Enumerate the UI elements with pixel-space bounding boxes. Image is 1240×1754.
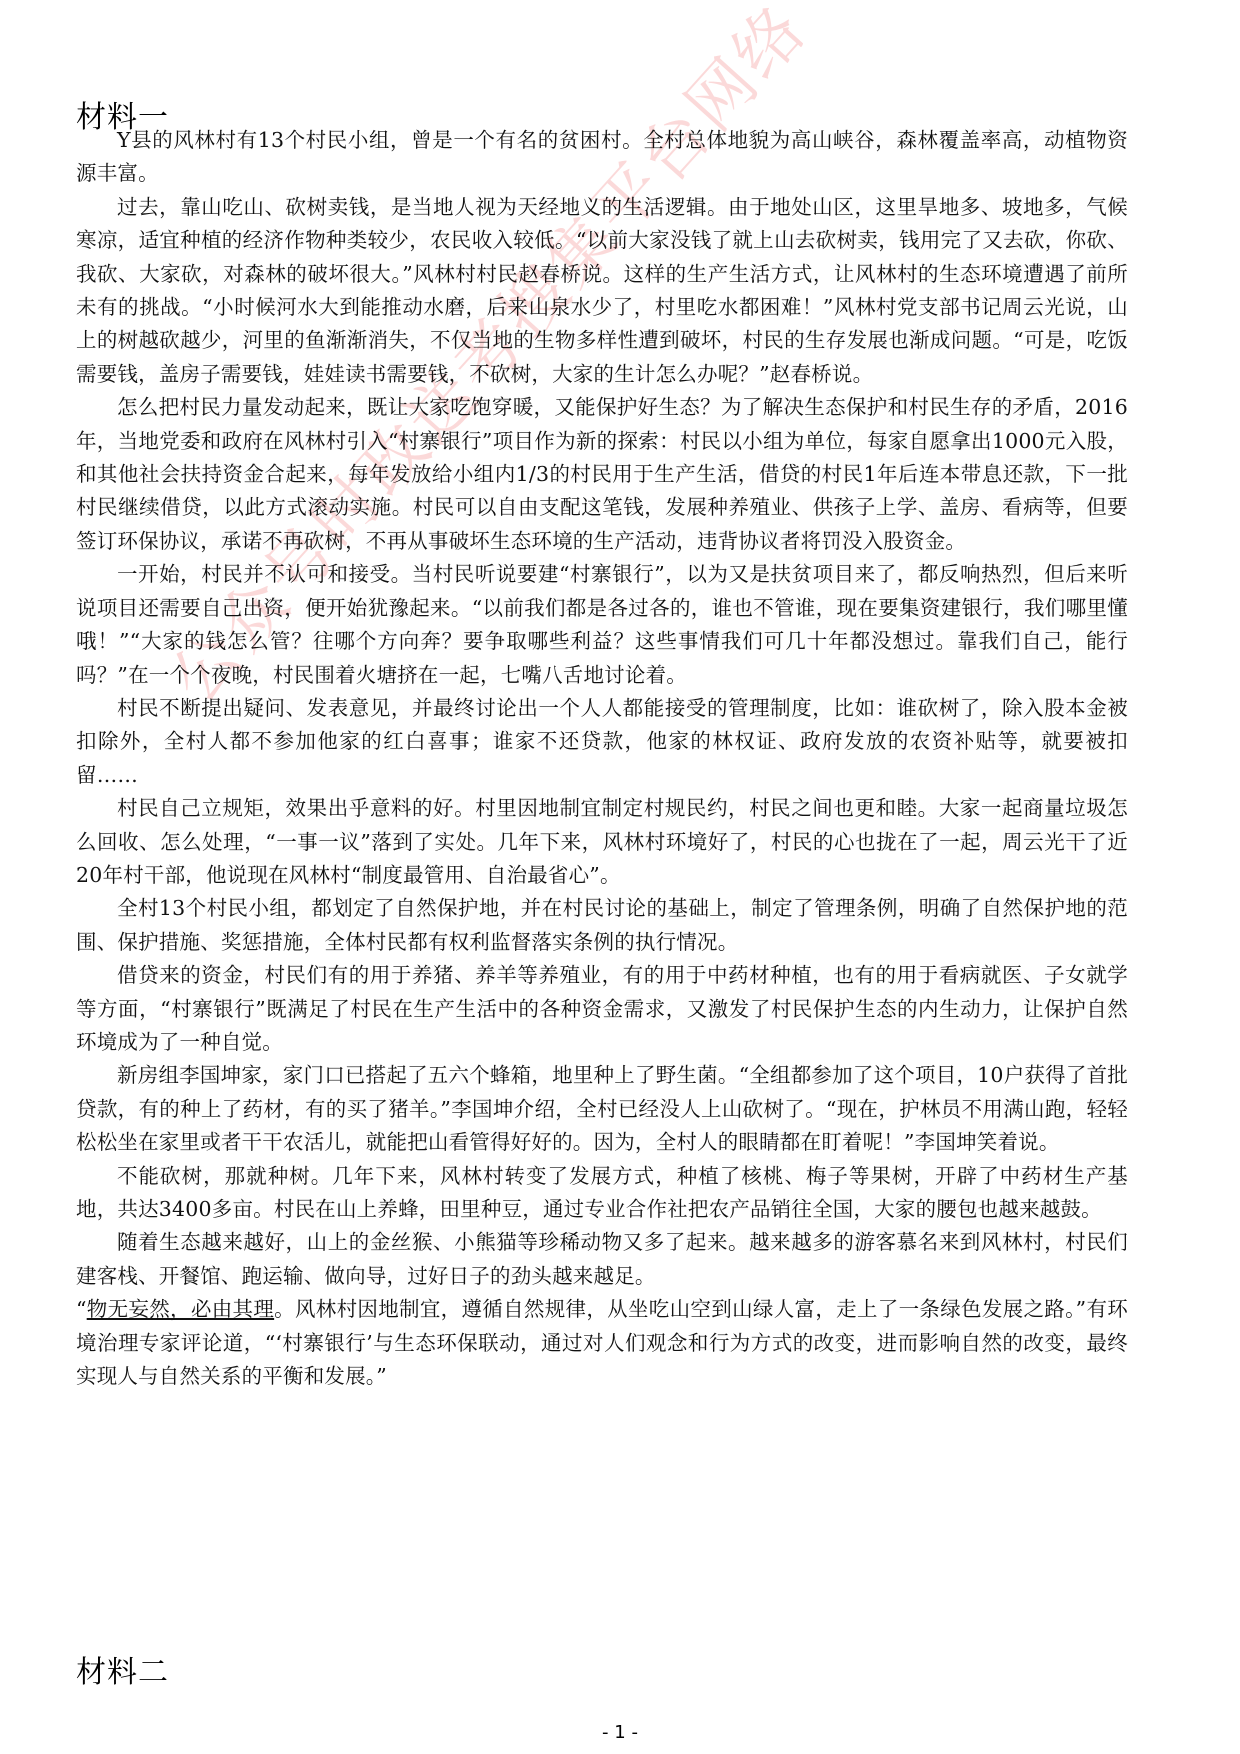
paragraph: 借贷来的资金，村民们有的用于养猪、养羊等养殖业，有的用于中药材种植，也有的用于看… <box>76 959 1128 1059</box>
paragraph: 新房组李国坤家，家门口已搭起了五六个蜂箱，地里种上了野生菌。“全组都参加了这个项… <box>76 1059 1128 1159</box>
paragraph: 全村13个村民小组，都划定了自然保护地，并在村民讨论的基础上，制定了管理条例，明… <box>76 892 1128 959</box>
page-number: - 1 - <box>0 1722 1240 1743</box>
paragraph: 村民自己立规矩，效果出乎意料的好。村里因地制宜制定村规民约，村民之间也更和睦。大… <box>76 792 1128 892</box>
closing-paragraph: “物无妄然，必由其理。风林村因地制宜，遵循自然规律，从坐吃山空到山绿人富，走上了… <box>76 1293 1128 1393</box>
open-quote: “ <box>76 1297 87 1321</box>
paragraph: 过去，靠山吃山、砍树卖钱，是当地人视为天经地义的生活逻辑。由于地处山区，这里旱地… <box>76 191 1128 391</box>
material-one-body: Y县的风林村有13个村民小组，曾是一个有名的贫困村。全村总体地貌为高山峡谷，森林… <box>76 124 1128 1393</box>
document-page: 公众号时政送考搜集平台网络 材料一 Y县的风林村有13个村民小组，曾是一个有名的… <box>0 0 1240 1754</box>
paragraph: 一开始，村民并不认可和接受。当村民听说要建“村寨银行”，以为又是扶贫项目来了，都… <box>76 558 1128 692</box>
paragraph: 村民不断提出疑问、发表意见，并最终讨论出一个人人都能接受的管理制度，比如：谁砍树… <box>76 692 1128 792</box>
paragraph: Y县的风林村有13个村民小组，曾是一个有名的贫困村。全村总体地貌为高山峡谷，森林… <box>76 124 1128 191</box>
section-heading-material-two: 材料二 <box>76 1653 169 1693</box>
underlined-quote: 物无妄然，必由其理 <box>87 1297 274 1321</box>
paragraph: 不能砍树，那就种树。几年下来，风林村转变了发展方式，种植了核桃、梅子等果树，开辟… <box>76 1160 1128 1227</box>
paragraph: 随着生态越来越好，山上的金丝猴、小熊猫等珍稀动物又多了起来。越来越多的游客慕名来… <box>76 1226 1128 1293</box>
paragraph: 怎么把村民力量发动起来，既让大家吃饱穿暖，又能保护好生态？为了解决生态保护和村民… <box>76 391 1128 558</box>
